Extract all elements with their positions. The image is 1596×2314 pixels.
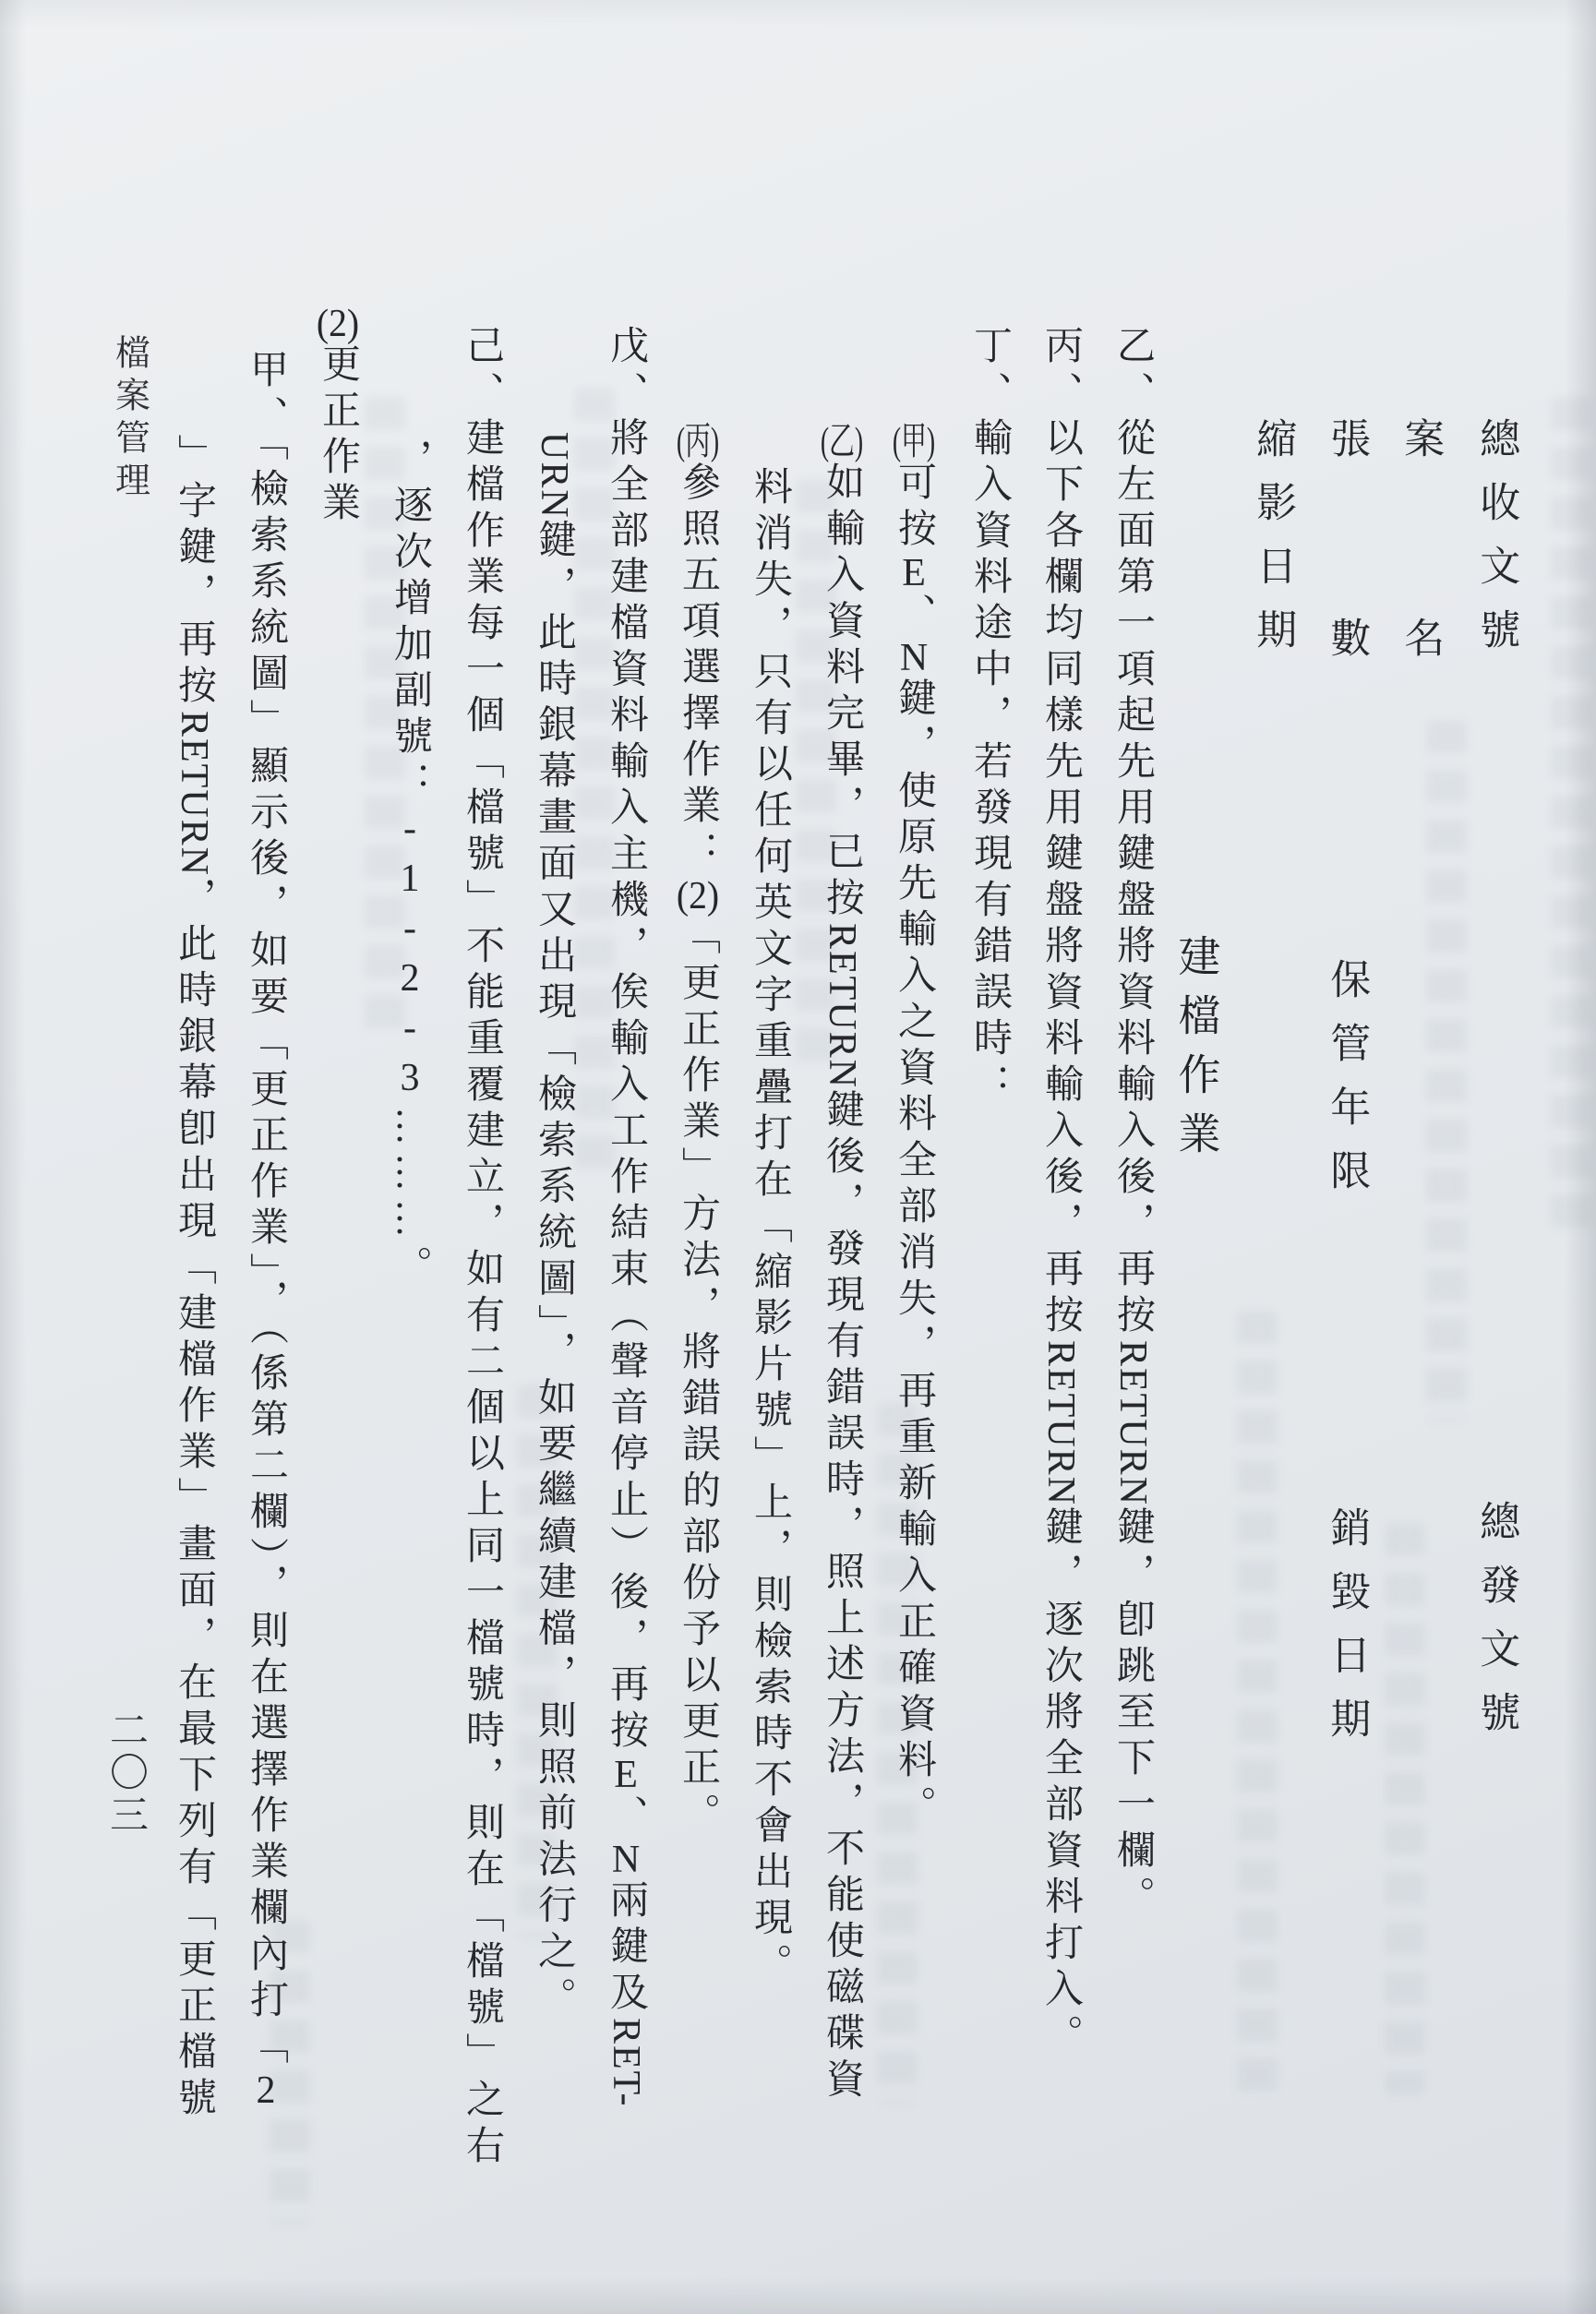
body-column-subitem-yi: (乙)如輸入資料完畢，已按RETURN鍵後，發現有錯誤時，照上述方法，不能使磁碟…	[820, 423, 863, 2280]
label-case-name-bottom: 名	[1398, 617, 1443, 657]
body-column-item-ji: 己、建檔作業每一個「檔號」不能重覆建立，如有二個以上同一檔號時，則在「檔號」之右	[460, 325, 503, 2280]
bleedthrough-artifact	[1385, 1523, 1425, 2095]
bleedthrough-artifact	[1551, 397, 1591, 1228]
body-column-subitem-yi-cont: 料消失，只有以任何英文字重疊打在「縮影片號」上，則檢索時不會出現。	[748, 466, 791, 2280]
label-microfilm-date: 縮影日期	[1250, 417, 1295, 672]
body-column-item-ding: 丁、輸入資料途中，若發現有錯誤時：	[967, 325, 1011, 2280]
body-column-heading-2-correction: (2)更正作業	[316, 305, 359, 2280]
body-column-item-ji-cont: ，逐次增加副號：-1-2-3………。	[388, 438, 431, 2280]
scanned-page: 檔案管理 二〇三 總收文號 總發文號 案 名 張 數 保管年限 銷毀日期 縮影日…	[0, 0, 1596, 2314]
bleedthrough-artifact	[1426, 720, 1467, 1421]
page-number: 二〇三	[103, 1709, 147, 1837]
section-title-file-creation: 建檔作業	[1172, 934, 1220, 1170]
label-sheet-count-bottom: 數	[1324, 617, 1369, 657]
body-column-item-yi: 乙、從左面第一項起先用鍵盤將資料輸入後，再按RETURN鍵，卽跳至下一欄。	[1110, 325, 1154, 2280]
body-column-subitem-bing: (丙)參照五項選擇作業：(2)「更正作業」方法，將錯誤的部份予以更正。	[676, 423, 719, 2280]
body-column-item-wu-cont: URN鍵，此時銀幕畫面又出現「檢索系統圖」，如要繼續建檔，則照前法行之。	[532, 432, 575, 2280]
body-column-subitem-jia: (甲)可按E、N鍵，使原先輸入之資料全部消失，再重新輸入正確資料。	[892, 423, 935, 2280]
body-column-item-bing: 丙、以下各欄均同樣先用鍵盤將資料輸入後，再按RETURN鍵，逐次將全部資料打入。	[1038, 325, 1082, 2280]
label-total-receive-number: 總收文號	[1473, 417, 1518, 672]
body-column-correction-item-jia: 甲、「檢索系統圖」顯示後，如要「更正作業」，（係第二欄），則在選擇作業欄內打「2	[244, 349, 287, 2280]
label-destruction-date: 銷毀日期	[1324, 1506, 1369, 1761]
label-total-send-number: 總發文號	[1473, 1500, 1518, 1755]
body-column-item-wu: 戊、將全部建檔資料輸入主機，俟輸入工作結束（聲音停止）後，再按E、N兩鍵及RET…	[604, 325, 647, 2280]
label-retention-period: 保管年限	[1324, 958, 1369, 1213]
label-sheet-count-top: 張	[1324, 417, 1369, 458]
label-case-name-top: 案	[1398, 417, 1443, 458]
margin-book-title: 檔案管理	[109, 334, 149, 504]
bleedthrough-artifact	[1237, 1311, 1278, 2104]
body-column-correction-item-jia-cont: 」字鍵，再按RETURN，此時銀幕卽出現「建檔作業」畫面，在最下列有「更正檔號	[172, 434, 215, 2280]
